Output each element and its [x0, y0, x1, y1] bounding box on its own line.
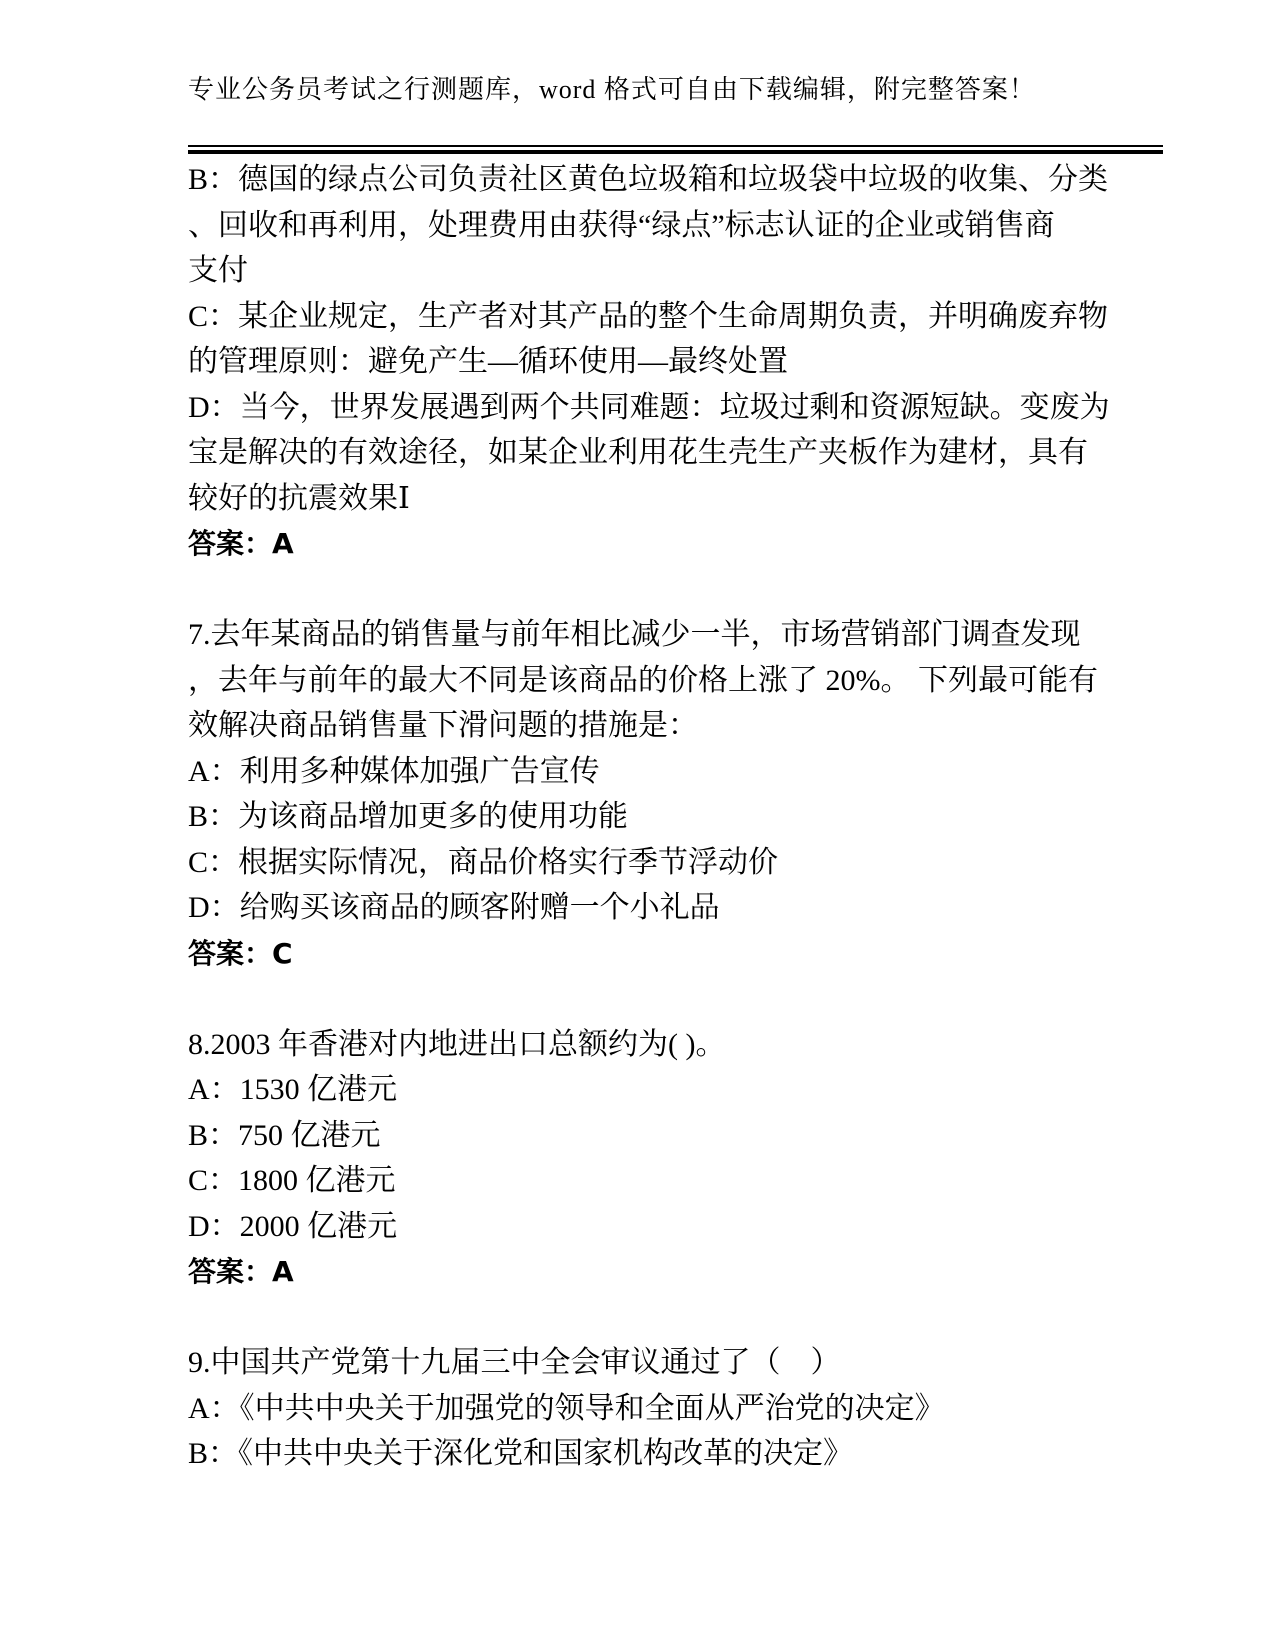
- text-line: B：《中共中央关于深化党和国家机构改革的决定》: [188, 1431, 1163, 1477]
- option-paragraph: D：给购买该商品的顾客附赠一个小礼品: [188, 885, 1163, 931]
- text-line: C：根据实际情况，商品价格实行季节浮动价: [188, 840, 1163, 886]
- question-paragraph: 7.去年某商品的销售量与前年相比减少一半，市场营销部门调查发现，去年与前年的最大…: [188, 612, 1163, 749]
- text-line: B：为该商品增加更多的使用功能: [188, 794, 1163, 840]
- text-line: 支付: [188, 248, 1163, 294]
- question-paragraph: 8.2003 年香港对内地进出口总额约为( )。: [188, 1022, 1163, 1068]
- document-body: B：德国的绿点公司负责社区黄色垃圾箱和垃圾袋中垃圾的收集、分类、回收和再利用，处…: [188, 157, 1163, 1477]
- text-line: 8.2003 年香港对内地进出口总额约为( )。: [188, 1022, 1163, 1068]
- document-page: 专业公务员考试之行测题库，word 格式可自由下载编辑，附完整答案！ B：德国的…: [0, 0, 1275, 1650]
- option-paragraph: C：根据实际情况，商品价格实行季节浮动价: [188, 840, 1163, 886]
- option-paragraph: C：某企业规定，生产者对其产品的整个生命周期负责，并明确废弃物的管理原则：避免产…: [188, 294, 1163, 385]
- text-line: 、回收和再利用，处理费用由获得“绿点”标志认证的企业或销售商: [188, 203, 1163, 249]
- text-line: D：当今，世界发展遇到两个共同难题：垃圾过剩和资源短缺。变废为: [188, 385, 1163, 431]
- option-paragraph: B：德国的绿点公司负责社区黄色垃圾箱和垃圾袋中垃圾的收集、分类、回收和再利用，处…: [188, 157, 1163, 294]
- option-paragraph: C：1800 亿港元: [188, 1158, 1163, 1204]
- text-line: B：德国的绿点公司负责社区黄色垃圾箱和垃圾袋中垃圾的收集、分类: [188, 157, 1163, 203]
- text-line: 7.去年某商品的销售量与前年相比减少一半，市场营销部门调查发现: [188, 612, 1163, 658]
- text-line: D：给购买该商品的顾客附赠一个小礼品: [188, 885, 1163, 931]
- answer-line: 答案：A: [188, 521, 1163, 567]
- text-line: A：1530 亿港元: [188, 1067, 1163, 1113]
- text-line: B：750 亿港元: [188, 1113, 1163, 1159]
- option-paragraph: B：《中共中央关于深化党和国家机构改革的决定》: [188, 1431, 1163, 1477]
- answer-line: 答案：A: [188, 1249, 1163, 1295]
- answer-line: 答案：C: [188, 931, 1163, 977]
- text-line: 宝是解决的有效途径，如某企业利用花生壳生产夹板作为建材，具有: [188, 430, 1163, 476]
- text-line: 较好的抗震效果Ⅰ: [188, 476, 1163, 522]
- text-line: A：利用多种媒体加强广告宣传: [188, 749, 1163, 795]
- text-line: D：2000 亿港元: [188, 1204, 1163, 1250]
- option-paragraph: A：《中共中央关于加强党的领导和全面从严治党的决定》: [188, 1386, 1163, 1432]
- text-line: C：某企业规定，生产者对其产品的整个生命周期负责，并明确废弃物: [188, 294, 1163, 340]
- option-paragraph: B：为该商品增加更多的使用功能: [188, 794, 1163, 840]
- question-paragraph: 9.中国共产党第十九届三中全会审议通过了（ ）: [188, 1340, 1163, 1386]
- text-line: ，去年与前年的最大不同是该商品的价格上涨了 20%。 下列最可能有: [188, 658, 1163, 704]
- text-line: C：1800 亿港元: [188, 1158, 1163, 1204]
- header-rule-divider: [188, 145, 1163, 154]
- text-line: 的管理原则：避免产生—循环使用—最终处置: [188, 339, 1163, 385]
- page-header-text: 专业公务员考试之行测题库，word 格式可自由下载编辑，附完整答案！: [188, 0, 1163, 106]
- option-paragraph: D：2000 亿港元: [188, 1204, 1163, 1250]
- text-line: 9.中国共产党第十九届三中全会审议通过了（ ）: [188, 1340, 1163, 1386]
- text-line: A：《中共中央关于加强党的领导和全面从严治党的决定》: [188, 1386, 1163, 1432]
- option-paragraph: A：利用多种媒体加强广告宣传: [188, 749, 1163, 795]
- text-line: 效解决商品销售量下滑问题的措施是：: [188, 703, 1163, 749]
- option-paragraph: B：750 亿港元: [188, 1113, 1163, 1159]
- option-paragraph: A：1530 亿港元: [188, 1067, 1163, 1113]
- option-paragraph: D：当今，世界发展遇到两个共同难题：垃圾过剩和资源短缺。变废为宝是解决的有效途径…: [188, 385, 1163, 522]
